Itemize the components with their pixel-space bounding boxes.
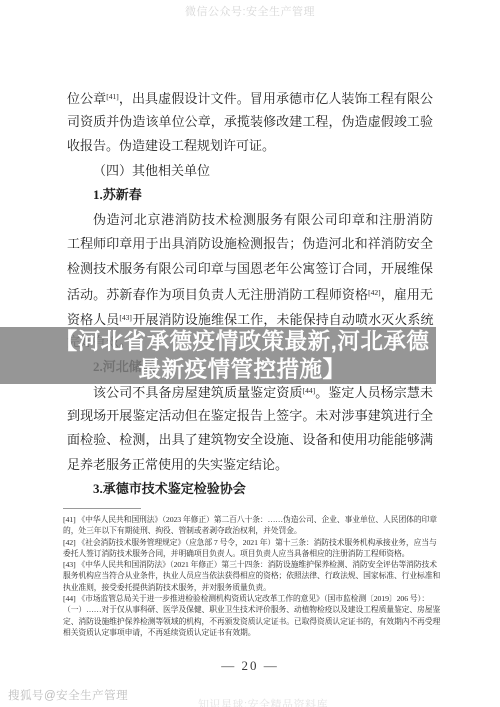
footnote-line: 定、消防设施维护保养检测等领域的机构，不再颁发资质认定证书。已取得资质认定证书的… <box>63 616 439 627</box>
page-number: — 20 — <box>0 658 500 674</box>
footnote-line: 相关资质认定事项申请，不再延续资质认定证书有效期。 <box>63 627 439 638</box>
body-text-line: 足养老服务正常使用的失实鉴定结论。 <box>67 453 433 478</box>
body-text-line: 工程师印章用于出具消防设施检测报告；伪造河北和祥消防安全 <box>67 232 433 257</box>
headline-title: 【河北省承德疫情政策最新,河北承德 最新疫情管控措施】 <box>0 328 484 384</box>
footnote-line: （一）……对于仅从事科研、医学及保健、职业卫生技术评价服务、动植物检疫以及建设工… <box>63 604 439 615</box>
body-text-line: 1.苏新春 <box>67 183 433 208</box>
body-text-line: 检测技术服务有限公司印章与国恩老年公寓签订合同，开展维保 <box>67 257 433 282</box>
document-body-text: 位公章[41]，出具虚假设计文件。冒用承德市亿人装饰工程有限公司资质并伪造该单位… <box>67 85 433 502</box>
footnotes: [41] 《中华人民共和国刑法》（2023 年修正）第二百八十条：……伪造公司、… <box>63 514 439 638</box>
watermark-bottom-center: 知识星球:安全精品资料库 <box>198 696 328 707</box>
footnote-line: [41] 《中华人民共和国刑法》（2023 年修正）第二百八十条：……伪造公司、… <box>63 514 439 525</box>
headline-line2: 最新疫情管控措施】 <box>0 356 484 384</box>
body-text-line: 3.承德市技术鉴定检验协会 <box>67 477 433 502</box>
watermark-bottom-left: 搜狐号@安全生产管理 <box>8 687 128 703</box>
body-text-line: 到现场开展鉴定活动但在鉴定报告上签字。未对涉事建筑进行全 <box>67 404 433 429</box>
footnote-line: 委托人签订消防技术服务合同，并明确项目负责人。项目负责人应当具备相应的注册消防工… <box>63 548 439 559</box>
footnote-separator <box>63 508 141 509</box>
footnote-line: [44] 《市场监管总局关于进一步推进检验检测机构资质认定改革工作的意见》（国市… <box>63 593 439 604</box>
body-text-line: 面检验、检测，出具了建筑物安全设施、设备和使用功能能够满 <box>67 428 433 453</box>
body-text-line: 位公章[41]，出具虚假设计文件。冒用承德市亿人装饰工程有限公 <box>67 85 433 110</box>
headline-overlay: 【河北省承德疫情政策最新,河北承德 最新疫情管控措施】 <box>0 327 436 384</box>
footnote-line: 服务机构应当符合从业条件，执业人员应当依法获得相应的资格；依照法律、行政法规、国… <box>63 570 439 581</box>
body-text-line: 司资质并伪造该单位公章，承揽装修改建工程，伪造虚假竣工验 <box>67 110 433 135</box>
footnote-line: 的，处三年以下有期徒刑、拘役、管制或者剥夺政治权利，并处罚金。 <box>63 525 439 536</box>
body-text-line: 伪造河北京港消防技术检测服务有限公司印章和注册消防 <box>67 208 433 233</box>
body-text-line: （四）其他相关单位 <box>67 159 433 184</box>
footnote-line: 执业准则，接受委托提供消防技术服务，并对服务质量负责。 <box>63 582 439 593</box>
headline-line1: 【河北省承德疫情政策最新,河北承德 <box>0 328 484 356</box>
footnote-line: [42] 《社会消防技术服务管理规定》（应急部 7 号令，2021 年）第十三条… <box>63 537 439 548</box>
body-text-line: 活动。苏新春作为项目负责人无注册消防工程师资格[42]，雇用无 <box>67 281 433 306</box>
footnote-line: [43] 《中华人民共和国消防法》（2021 年修正）第三十四条：消防设施维护保… <box>63 559 439 570</box>
watermark-top: 微信公众号:安全生产管理 <box>0 3 500 19</box>
body-text-line: 收报告。伪造建设工程规划许可证。 <box>67 134 433 159</box>
